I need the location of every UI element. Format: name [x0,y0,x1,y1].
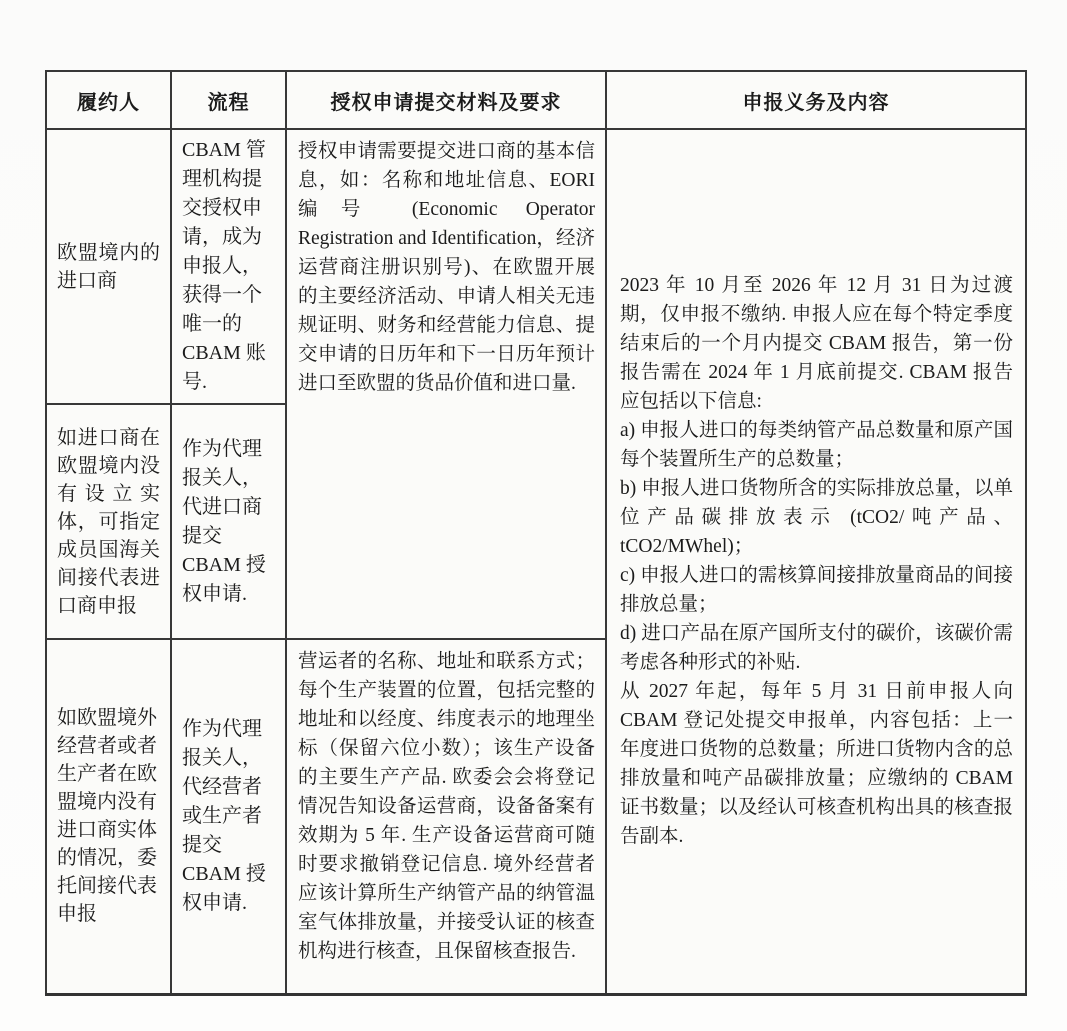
cell-process-eu-importer: CBAM 管理机构提交授权申请，成为申报人，获得一个唯一的 CBAM 账号. [171,129,286,404]
table-row: 欧盟境内的进口商 CBAM 管理机构提交授权申请，成为申报人，获得一个唯一的 C… [46,129,1026,404]
col-header-process: 流程 [171,71,286,129]
cell-performer-indirect-rep: 如进口商在欧盟境内没有设立实体，可指定成员国海关间接代表进口商申报 [46,404,171,639]
header-row: 履约人 流程 授权申请提交材料及要求 申报义务及内容 [46,71,1026,129]
cell-process-indirect-rep: 作为代理报关人，代进口商提交 CBAM 授权申请. [171,404,286,639]
cell-performer-foreign-operator: 如欧盟境外经营者或者生产者在欧盟境内没有进口商实体的情况，委托间接代表申报 [46,639,171,994]
col-header-performer: 履约人 [46,71,171,129]
cell-obligations: 2023 年 10 月至 2026 年 12 月 31 日为过渡期，仅申报不缴纳… [606,129,1026,994]
obligations-paragraph-b: b) 申报人进口货物所含的实际排放总量，以单位产品碳排放表示 (tCO2/吨产品… [620,474,1013,561]
cell-materials-operator-info: 营运者的名称、地址和联系方式；每个生产装置的位置，包括完整的地址和以经度、纬度表… [286,639,606,994]
obligations-paragraph-intro: 2023 年 10 月至 2026 年 12 月 31 日为过渡期，仅申报不缴纳… [620,271,1013,416]
obligations-paragraph-c: c) 申报人进口的需核算间接排放量商品的间接排放总量； [620,561,1013,619]
obligations-paragraph-a: a) 申报人进口的每类纳管产品总数量和原产国每个装置所生产的总数量； [620,416,1013,474]
col-header-obligations: 申报义务及内容 [606,71,1026,129]
document-page: 履约人 流程 授权申请提交材料及要求 申报义务及内容 欧盟境内的进口商 CBAM… [0,0,1067,1031]
cell-process-foreign-operator: 作为代理报关人，代经营者或生产者提交 CBAM 授权申请. [171,639,286,994]
cell-performer-eu-importer: 欧盟境内的进口商 [46,129,171,404]
col-header-materials: 授权申请提交材料及要求 [286,71,606,129]
cell-materials-importer-info: 授权申请需要提交进口商的基本信息，如：名称和地址信息、EORI 编号 (Econ… [286,129,606,639]
cbam-compliance-table: 履约人 流程 授权申请提交材料及要求 申报义务及内容 欧盟境内的进口商 CBAM… [45,70,1027,996]
obligations-paragraph-d: d) 进口产品在原产国所支付的碳价，该碳价需考虑各种形式的补贴. [620,619,1013,677]
obligations-paragraph-from-2027: 从 2027 年起，每年 5 月 31 日前申报人向 CBAM 登记处提交申报单… [620,677,1013,851]
